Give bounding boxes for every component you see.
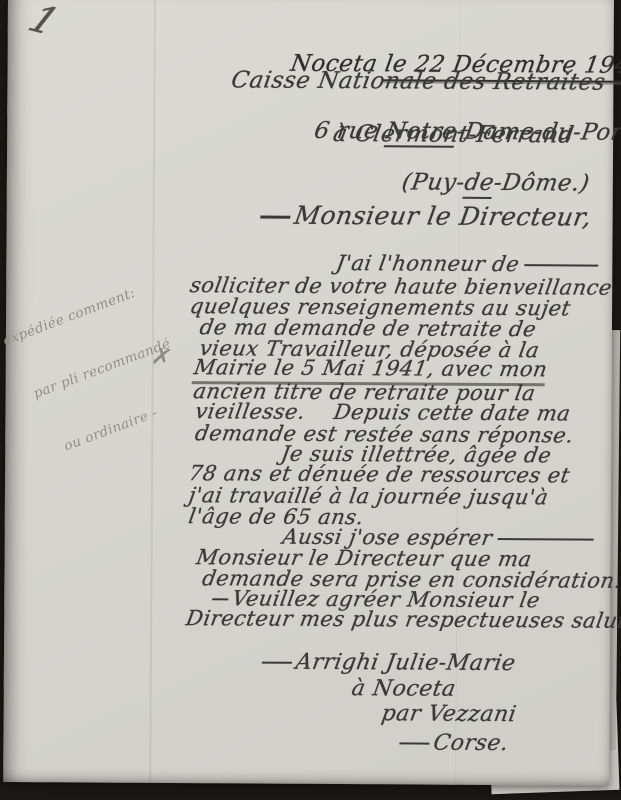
signature-via: par Vezzani	[380, 703, 518, 726]
pencil-note-line: ou ordinaire -	[61, 390, 195, 456]
signature-name: Arrighi Julie-Marie	[260, 652, 517, 676]
letter-page: 1 expédiée comment: par pli recommandé o…	[3, 0, 614, 786]
sender-dept-post: -Dôme.)	[492, 170, 592, 197]
signature-region: Corse.	[398, 732, 511, 755]
scanned-letter-page: { "document_type": "handwritten-letter-s…	[0, 0, 621, 800]
sender-dept-pre: (Puy-	[400, 169, 467, 195]
body-line: J'ai l'honneur de	[335, 253, 600, 276]
pencil-margin-note: expédiée comment: par pli recommandé ou …	[0, 240, 209, 501]
sender-city: à Clermont-Ferrand	[331, 123, 575, 147]
sender-org: Caisse Nationale des Retraites	[230, 69, 607, 94]
body-line: Directeur mes plus respectueuses salutat…	[184, 608, 621, 632]
page-number-mark: 1	[21, 0, 66, 43]
pencil-note-line: expédiée comment:	[0, 278, 152, 351]
signature-place: à Noceta	[350, 678, 458, 701]
salutation: Monsieur le Directeur,	[259, 203, 594, 230]
